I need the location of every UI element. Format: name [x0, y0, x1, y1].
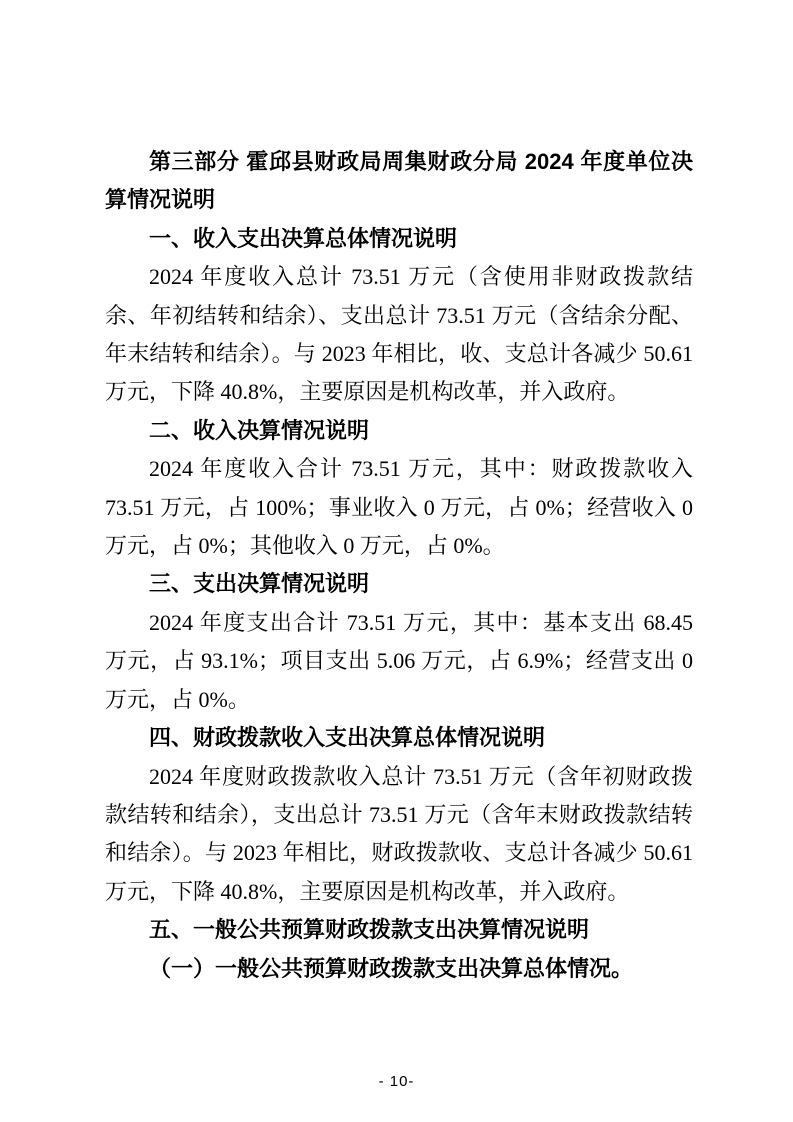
document-title: 第三部分 霍邱县财政局周集财政分局 2024 年度单位决算情况说明: [105, 143, 693, 220]
subsection-heading-general-public-budget-overview: （一）一般公共预算财政拨款支出决算总体情况。: [105, 950, 693, 988]
section-paragraph-fiscal-appropriation-overview: 2024 年度财政拨款收入总计 73.51 万元（含年初财政拨款结转和结余），支…: [105, 758, 693, 912]
section-heading-general-public-budget: 五、一般公共预算财政拨款支出决算情况说明: [105, 911, 693, 949]
section-paragraph-income-details: 2024 年度收入合计 73.51 万元，其中：财政拨款收入 73.51 万元，…: [105, 450, 693, 565]
section-heading-expenditure-details: 三、支出决算情况说明: [105, 565, 693, 603]
section-heading-income-details: 二、收入决算情况说明: [105, 412, 693, 450]
section-paragraph-income-expenditure-overview: 2024 年度收入总计 73.51 万元（含使用非财政拨款结余、年初结转和结余）…: [105, 258, 693, 412]
section-heading-income-expenditure-overview: 一、收入支出决算总体情况说明: [105, 220, 693, 258]
document-page: 第三部分 霍邱县财政局周集财政分局 2024 年度单位决算情况说明 一、收入支出…: [0, 0, 793, 1122]
section-paragraph-expenditure-details: 2024 年度支出合计 73.51 万元，其中：基本支出 68.45 万元，占 …: [105, 604, 693, 719]
section-heading-fiscal-appropriation-overview: 四、财政拨款收入支出决算总体情况说明: [105, 719, 693, 757]
page-number: - 10-: [0, 1073, 793, 1090]
